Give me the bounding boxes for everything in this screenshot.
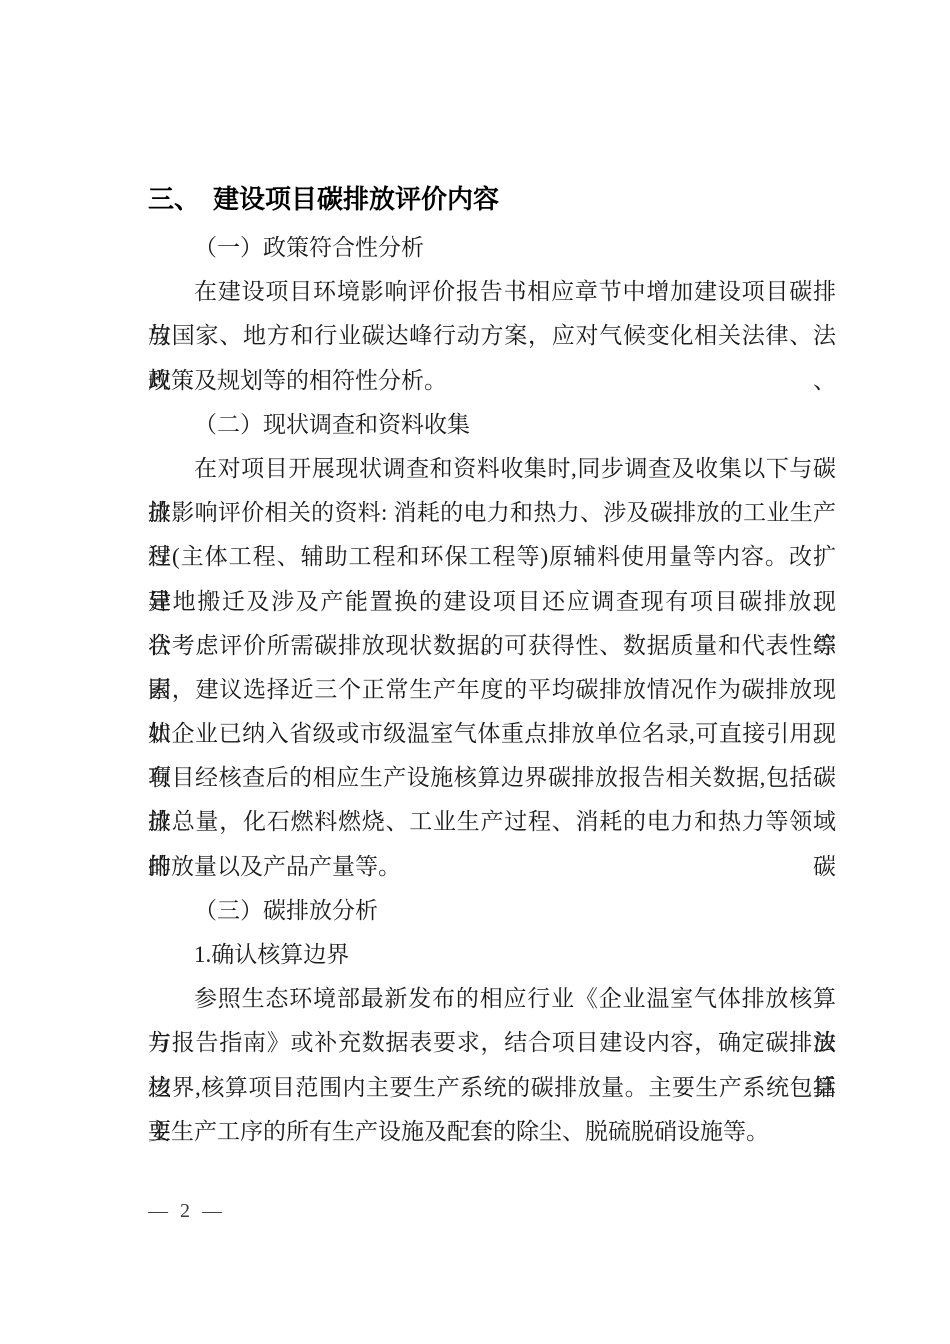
section-heading: 三、 建设项目碳排放评价内容 [148,176,836,223]
text-line: 在建设项目环境影响评价报告书相应章节中增加建设项目碳排放 [148,270,836,314]
text-line: 边界,核算项目范围内主要生产系统的碳排放量。主要生产系统包括主 [148,1066,836,1110]
text-line: 1.确认核算边界 [148,933,836,977]
page-number: — 2 — [148,1196,222,1226]
text-line: 参照生态环境部最新发布的相应行业《企业温室气体排放核算方法 [148,977,836,1021]
text-line: 要生产工序的所有生产设施及配套的除尘、脱硫脱硝设施等。 [148,1110,836,1154]
text-line: 放总量，化石燃料燃烧、工业生产过程、消耗的电力和热力等领域的碳 [148,800,836,844]
body-text: 三、 建设项目碳排放评价内容 （一）政策符合性分析 在建设项目环境影响评价报告书… [148,176,836,1154]
text-line: （三）碳排放分析 [148,889,836,933]
text-line: （二）现状调查和资料收集 [148,403,836,447]
text-line: 与报告指南》或补充数据表要求，结合项目建设内容，确定碳排放核算 [148,1021,836,1065]
text-line: 素，建议选择近三个正常生产年度的平均碳排放情况作为碳排放现状。 [148,668,836,712]
text-line: 在对项目开展现状调查和资料收集时,同步调查及收集以下与碳排 [148,447,836,491]
text-line: 项目经核查后的相应生产设施核算边界碳排放报告相关数据,包括碳排 [148,756,836,800]
text-line: 异地搬迁及涉及产能置换的建设项目还应调查现有项目碳排放现状。综 [148,580,836,624]
text-line: （一）政策符合性分析 [148,226,836,270]
document-page: 三、 建设项目碳排放评价内容 （一）政策符合性分析 在建设项目环境影响评价报告书… [0,0,950,1344]
text-line: 如企业已纳入省级或市级温室气体重点排放单位名录,可直接引用现有 [148,712,836,756]
text-line: 与国家、地方和行业碳达峰行动方案，应对气候变化相关法律、法规、 [148,314,836,358]
text-line: 放影响评价相关的资料: 消耗的电力和热力、涉及碳排放的工业生产过 [148,491,836,535]
text-line: 程(主体工程、辅助工程和环保工程等)原辅料使用量等内容。改扩建、 [148,535,836,579]
text-line: 合考虑评价所需碳排放现状数据的可获得性、数据质量和代表性等因 [148,624,836,668]
